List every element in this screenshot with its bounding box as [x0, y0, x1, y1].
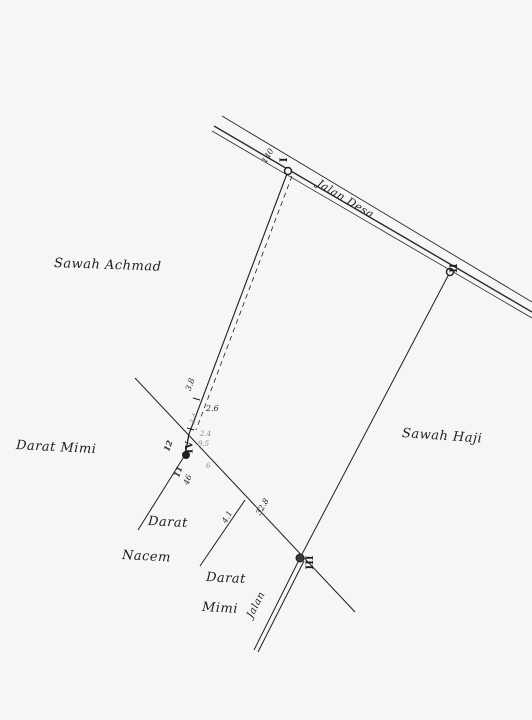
parcel-label-darat-mimi-south-line2: Mimi: [202, 600, 239, 617]
point-I-marker: [285, 168, 292, 175]
parcel-label-darat-nacem-line1: Darat: [148, 514, 189, 531]
measure-2-4a: 2.4: [200, 430, 211, 438]
point-label-I: I: [277, 158, 288, 163]
parcel-label-darat-nacem-line2: Nacem: [122, 548, 172, 566]
boundary-west: [185, 171, 292, 455]
measure-2-6: 2.6: [206, 404, 219, 413]
survey-points: [182, 168, 454, 563]
measure-6: 6: [206, 462, 210, 470]
measure-9-5: 9.5: [198, 440, 209, 448]
point-label-IV: IV: [185, 441, 196, 453]
point-label-II: II: [447, 264, 458, 273]
survey-map-drawing: [0, 0, 532, 720]
point-label-III: III: [303, 556, 314, 570]
boundary-east: [300, 272, 450, 558]
parcel-label-darat-mimi-south-line1: Darat: [206, 570, 247, 587]
